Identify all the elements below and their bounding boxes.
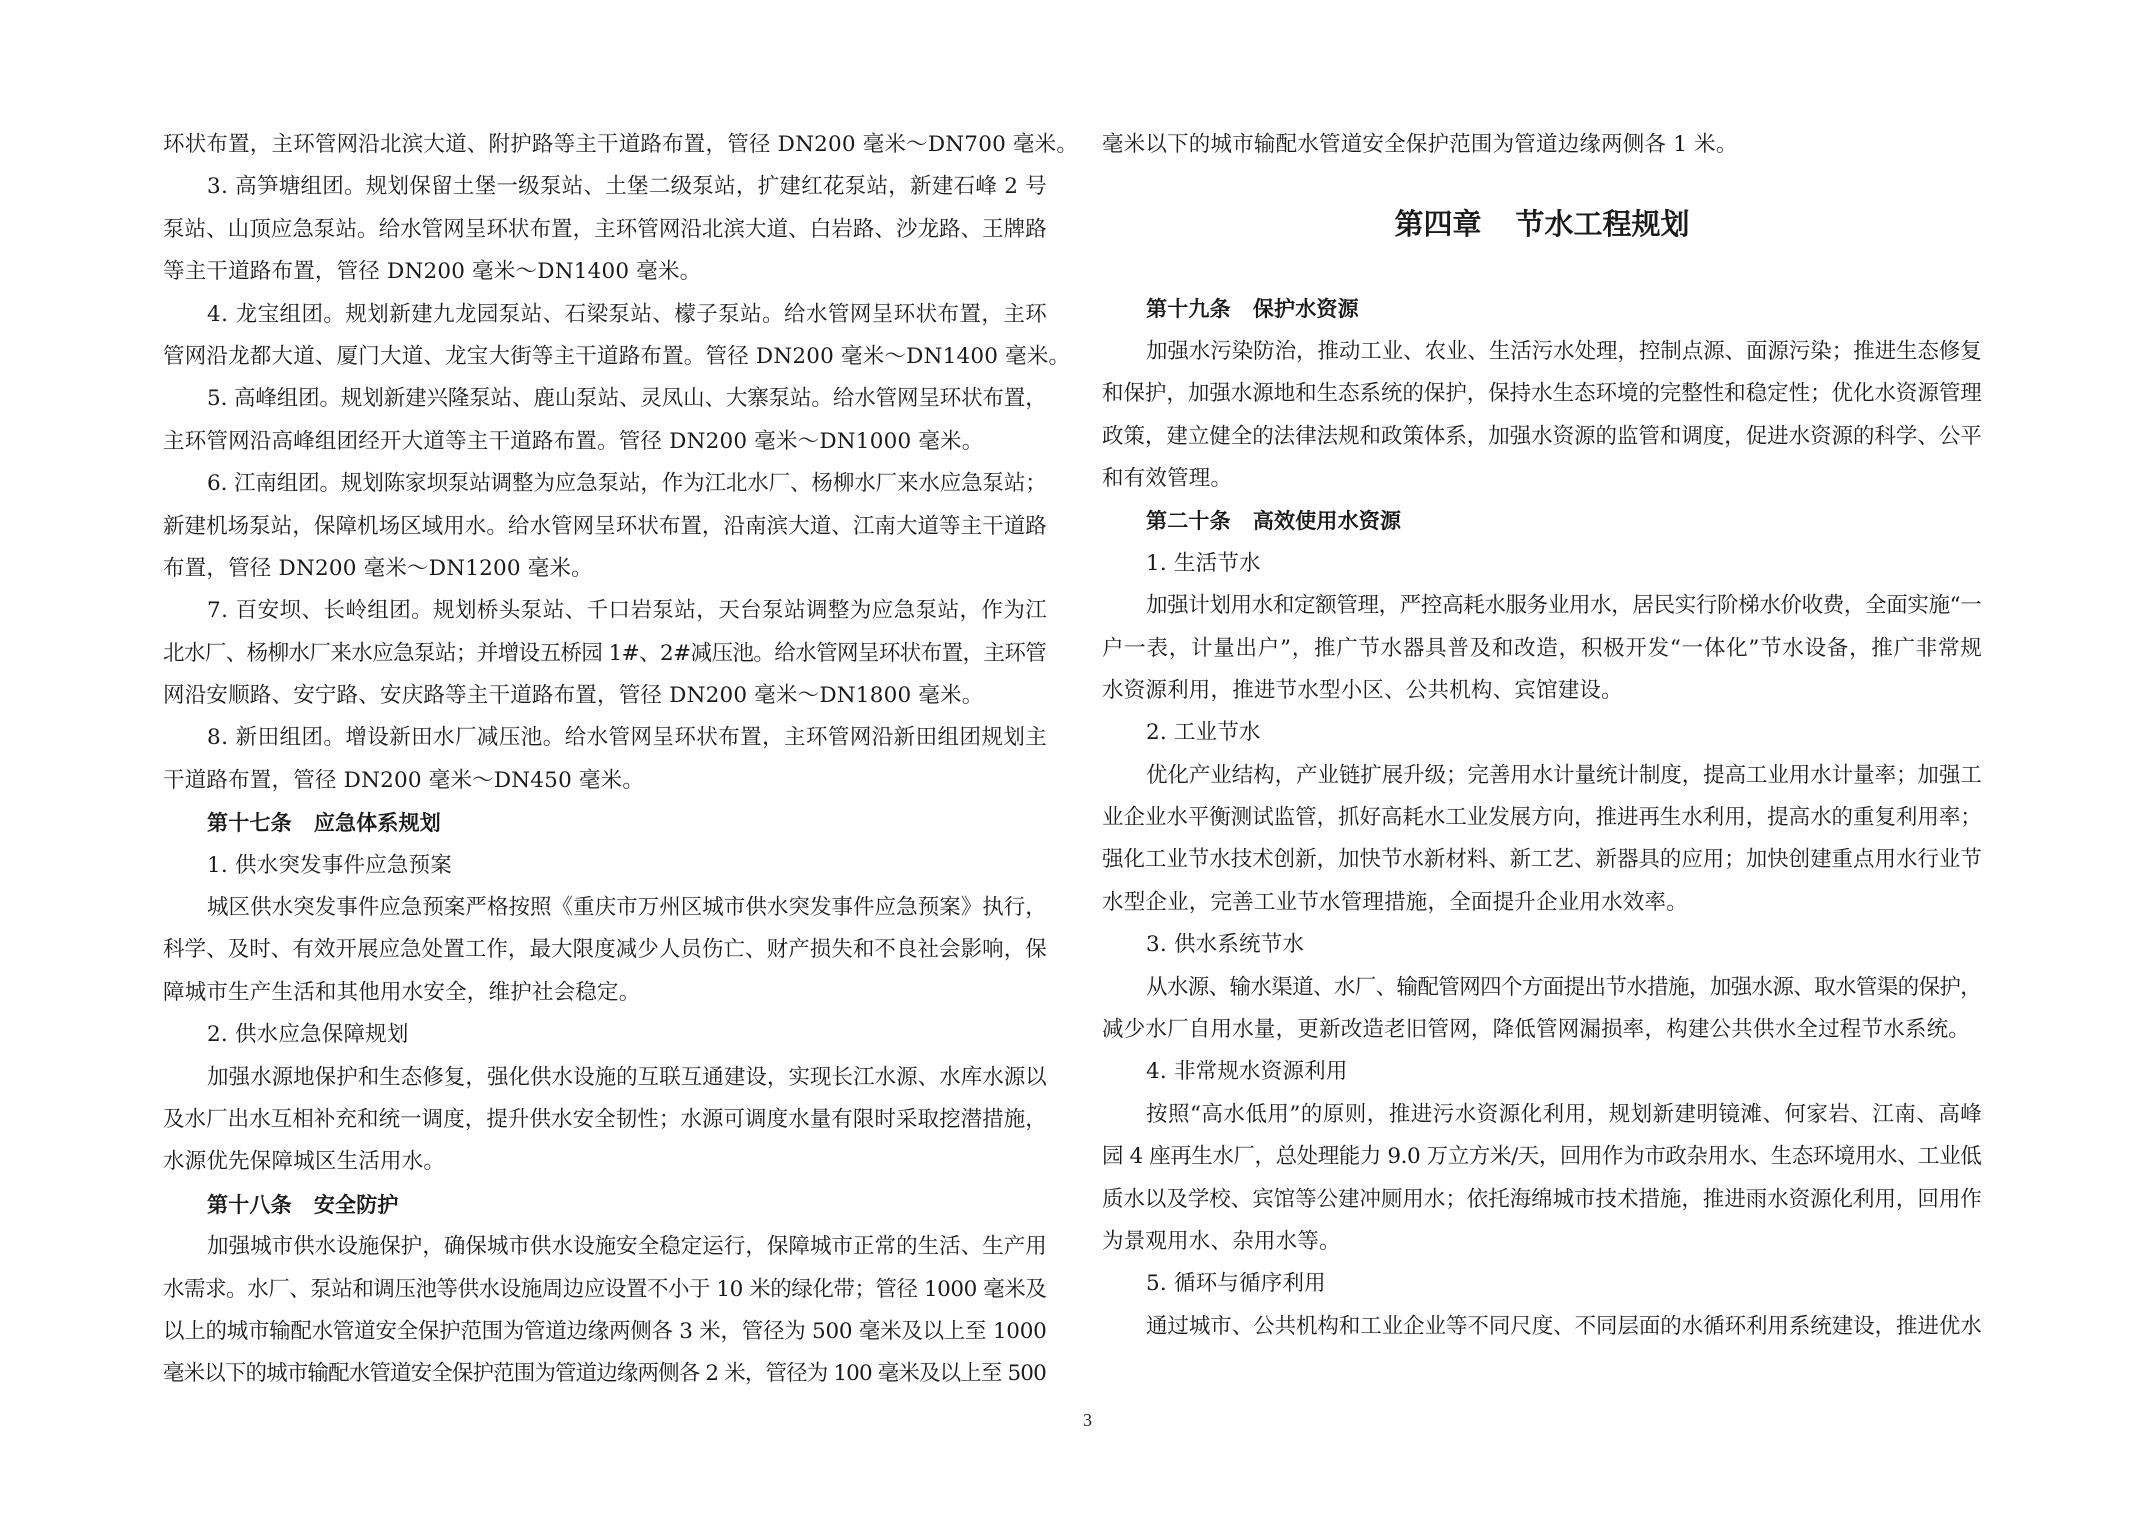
paragraph-line: 1. 生活节水 xyxy=(1102,543,1982,585)
paragraph-line: 和保护，加强水源地和生态系统的保护，保持水生态环境的完整性和稳定性；优化水资源管… xyxy=(1102,373,1982,415)
paragraph-line: 干道路布置，管径 DN200 毫米～DN450 毫米。 xyxy=(163,760,1047,802)
paragraph-line: 管网沿龙都大道、厦门大道、龙宝大街等主干道路布置。管径 DN200 毫米～DN1… xyxy=(163,336,1047,378)
paragraph-line: 2. 供水应急保障规划 xyxy=(163,1014,1047,1056)
paragraph-line: 障城市生产生活和其他用水安全，维护社会稳定。 xyxy=(163,972,1047,1014)
article-heading: 第二十条高效使用水资源 xyxy=(1102,500,1982,542)
chapter-title: 第四章节水工程规划 xyxy=(1102,160,1982,288)
paragraph-line: 1. 供水突发事件应急预案 xyxy=(163,845,1047,887)
right-text-column: 毫米以下的城市输配水管道安全保护范围为管道边缘两侧各 1 米。第四章节水工程规划… xyxy=(1102,124,1982,1348)
article-title: 应急体系规划 xyxy=(314,811,441,835)
article-number: 第二十条 xyxy=(1146,509,1231,533)
paragraph-line: 环状布置，主环管网沿北滨大道、附护路等主干道路布置，管径 DN200 毫米～DN… xyxy=(163,124,1047,166)
paragraph-line: 新建机场泵站，保障机场区域用水。给水管网呈环状布置，沿南滨大道、江南大道等主干道… xyxy=(163,506,1047,548)
paragraph-line: 网沿安顺路、安宁路、安庆路等主干道路布置，管径 DN200 毫米～DN1800 … xyxy=(163,675,1047,717)
paragraph-line: 及水厂出水互相补充和统一调度，提升供水安全韧性；水源可调度水量有限时采取挖潜措施… xyxy=(163,1099,1047,1141)
paragraph-line: 泵站、山顶应急泵站。给水管网呈环状布置，主环管网沿北滨大道、白岩路、沙龙路、王牌… xyxy=(163,209,1047,251)
paragraph-line: 加强水源地保护和生态修复，强化供水设施的互联互通建设，实现长江水源、水库水源以 xyxy=(163,1057,1047,1099)
paragraph-line: 城区供水突发事件应急预案严格按照《重庆市万州区城市供水突发事件应急预案》执行， xyxy=(163,887,1047,929)
chapter-name: 节水工程规划 xyxy=(1516,207,1690,241)
paragraph-line: 按照“高水低用”的原则，推进污水资源化利用，规划新建明镜滩、何家岩、江南、高峰 xyxy=(1102,1094,1982,1136)
paragraph-line: 毫米以下的城市输配水管道安全保护范围为管道边缘两侧各 2 米，管径为 100 毫… xyxy=(163,1353,1047,1395)
paragraph-line: 布置，管径 DN200 毫米～DN1200 毫米。 xyxy=(163,548,1047,590)
paragraph-line: 以上的城市输配水管道安全保护范围为管道边缘两侧各 3 米，管径为 500 毫米及… xyxy=(163,1311,1047,1353)
paragraph-line: 和有效管理。 xyxy=(1102,458,1982,500)
paragraph-line: 加强城市供水设施保护，确保城市供水设施安全稳定运行，保障城市正常的生活、生产用 xyxy=(163,1226,1047,1268)
paragraph-line: 户一表，计量出户”，推广节水器具普及和改造，积极开发“一体化”节水设备，推广非常… xyxy=(1102,628,1982,670)
article-heading: 第十七条应急体系规划 xyxy=(163,802,1047,844)
paragraph-line: 北水厂、杨柳水厂来水应急泵站；并增设五桥园 1#、2#减压池。给水管网呈环状布置… xyxy=(163,633,1047,675)
paragraph-line: 水资源利用，推进节水型小区、公共机构、宾馆建设。 xyxy=(1102,670,1982,712)
paragraph-line: 水需求。水厂、泵站和调压池等供水设施周边应设置不小于 10 米的绿化带；管径 1… xyxy=(163,1269,1047,1311)
paragraph-line: 5. 高峰组团。规划新建兴隆泵站、鹿山泵站、灵凤山、大寨泵站。给水管网呈环状布置… xyxy=(163,378,1047,420)
paragraph-line: 3. 高笋塘组团。规划保留土堡一级泵站、土堡二级泵站，扩建红花泵站，新建石峰 2… xyxy=(163,166,1047,208)
paragraph-line: 3. 供水系统节水 xyxy=(1102,924,1982,966)
paragraph-line: 从水源、输水渠道、水厂、输配管网四个方面提出节水措施，加强水源、取水管渠的保护， xyxy=(1102,967,1982,1009)
article-number: 第十九条 xyxy=(1146,297,1231,321)
article-heading: 第十八条安全防护 xyxy=(163,1184,1047,1226)
article-number: 第十八条 xyxy=(207,1193,292,1217)
paragraph-line: 通过城市、公共机构和工业企业等不同尺度、不同层面的水循环利用系统建设，推进优水 xyxy=(1102,1306,1982,1348)
paragraph-line: 等主干道路布置，管径 DN200 毫米～DN1400 毫米。 xyxy=(163,251,1047,293)
chapter-number: 第四章 xyxy=(1394,207,1481,241)
paragraph-line: 水源优先保障城区生活用水。 xyxy=(163,1141,1047,1183)
paragraph-line: 7. 百安坝、长岭组团。规划桥头泵站、千口岩泵站，天台泵站调整为应急泵站，作为江 xyxy=(163,590,1047,632)
paragraph-line: 为景观用水、杂用水等。 xyxy=(1102,1221,1982,1263)
document-page: 环状布置，主环管网沿北滨大道、附护路等主干道路布置，管径 DN200 毫米～DN… xyxy=(0,0,2144,1515)
paragraph-line: 5. 循环与循序利用 xyxy=(1102,1263,1982,1305)
paragraph-line: 加强计划用水和定额管理，严控高耗水服务业用水，居民实行阶梯水价收费，全面实施“一 xyxy=(1102,585,1982,627)
page-number: 3 xyxy=(1083,1410,1092,1431)
paragraph-line: 水型企业，完善工业节水管理措施，全面提升企业用水效率。 xyxy=(1102,882,1982,924)
paragraph-line: 强化工业节水技术创新，加快节水新材料、新工艺、新器具的应用；加快创建重点用水行业… xyxy=(1102,839,1982,881)
paragraph-line: 业企业水平衡测试监管，抓好高耗水工业发展方向，推进再生水利用，提高水的重复利用率… xyxy=(1102,797,1982,839)
article-heading: 第十九条保护水资源 xyxy=(1102,288,1982,330)
paragraph-line: 6. 江南组团。规划陈家坝泵站调整为应急泵站，作为江北水厂、杨柳水厂来水应急泵站… xyxy=(163,463,1047,505)
paragraph-line: 主环管网沿高峰组团经开大道等主干道路布置。管径 DN200 毫米～DN1000 … xyxy=(163,421,1047,463)
article-title: 安全防护 xyxy=(314,1193,399,1217)
paragraph-line: 加强水污染防治，推动工业、农业、生活污水处理，控制点源、面源污染；推进生态修复 xyxy=(1102,331,1982,373)
paragraph-line: 科学、及时、有效开展应急处置工作，最大限度减少人员伤亡、财产损失和不良社会影响，… xyxy=(163,929,1047,971)
paragraph-line: 园 4 座再生水厂，总处理能力 9.0 万立方米/天，回用作为市政杂用水、生态环… xyxy=(1102,1136,1982,1178)
paragraph-line: 政策，建立健全的法律法规和政策体系，加强水资源的监管和调度，促进水资源的科学、公… xyxy=(1102,416,1982,458)
left-text-column: 环状布置，主环管网沿北滨大道、附护路等主干道路布置，管径 DN200 毫米～DN… xyxy=(163,124,1047,1396)
paragraph-line: 4. 龙宝组团。规划新建九龙园泵站、石梁泵站、檬子泵站。给水管网呈环状布置，主环 xyxy=(163,294,1047,336)
paragraph-line: 2. 工业节水 xyxy=(1102,712,1982,754)
paragraph-line: 8. 新田组团。增设新田水厂减压池。给水管网呈环状布置，主环管网沿新田组团规划主 xyxy=(163,717,1047,759)
article-title: 保护水资源 xyxy=(1253,297,1359,321)
article-number: 第十七条 xyxy=(207,811,292,835)
paragraph-line: 4. 非常规水资源利用 xyxy=(1102,1051,1982,1093)
paragraph-line: 减少水厂自用水量，更新改造老旧管网，降低管网漏损率，构建公共供水全过程节水系统。 xyxy=(1102,1009,1982,1051)
paragraph-line: 质水以及学校、宾馆等公建冲厕用水；依托海绵城市技术措施，推进雨水资源化利用，回用… xyxy=(1102,1179,1982,1221)
article-title: 高效使用水资源 xyxy=(1253,509,1401,533)
paragraph-line: 优化产业结构，产业链扩展升级；完善用水计量统计制度，提高工业用水计量率；加强工 xyxy=(1102,755,1982,797)
